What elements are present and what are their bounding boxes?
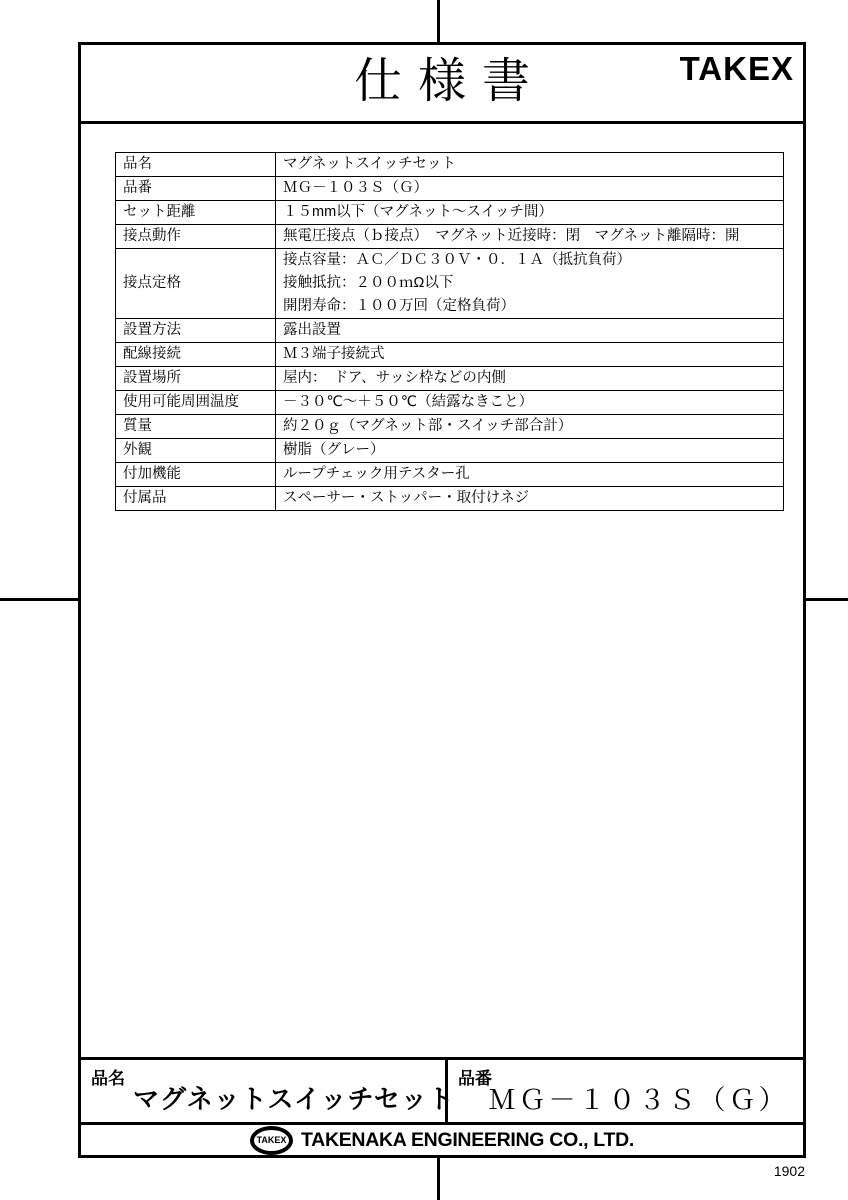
spec-row: 配線接続Ｍ３端子接続式 (116, 343, 784, 367)
spec-row: 付加機能ループチェック用テスター孔 (116, 463, 784, 487)
brand-logo-text: TAKEX (680, 50, 794, 88)
spec-label: 配線接続 (116, 343, 276, 367)
takex-oval-logo-icon: TAKEX (250, 1126, 293, 1155)
spec-table-body: 品名マグネットスイッチセット品番ＭＧ－１０３Ｓ（Ｇ）セット距離１５mm以下（マグ… (116, 153, 784, 511)
spec-label: 付属品 (116, 487, 276, 511)
spec-value: スペーサー・ストッパー・取付けネジ (276, 487, 784, 511)
spec-label: 使用可能周囲温度 (116, 391, 276, 415)
document-page: 仕様書 TAKEX 品名マグネットスイッチセット品番ＭＧ－１０３Ｓ（Ｇ）セット距… (0, 0, 848, 1200)
product-number-value: ＭＧ－１０３Ｓ（Ｇ） (448, 1078, 803, 1117)
spec-row: 質量約２０ｇ（マグネット部・スイッチ部合計） (116, 415, 784, 439)
spec-table: 品名マグネットスイッチセット品番ＭＧ－１０３Ｓ（Ｇ）セット距離１５mm以下（マグ… (115, 152, 784, 511)
spec-row: 接点動作無電圧接点（ｂ接点） マグネット近接時：閉 マグネット離隔時：開 (116, 225, 784, 249)
spec-row: 使用可能周囲温度－３０℃～＋５０℃（結露なきこと） (116, 391, 784, 415)
spec-value: ループチェック用テスター孔 (276, 463, 784, 487)
spec-value: ＭＧ－１０３Ｓ（Ｇ） (276, 177, 784, 201)
spec-value: 屋内： ドア、サッシ枠などの内側 (276, 367, 784, 391)
spec-label: 品番 (116, 177, 276, 201)
spec-label: 設置場所 (116, 367, 276, 391)
spec-value: 無電圧接点（ｂ接点） マグネット近接時：閉 マグネット離隔時：開 (276, 225, 784, 249)
company-name: TAKENAKA ENGINEERING CO., LTD. (301, 1129, 634, 1152)
spec-label: 設置方法 (116, 319, 276, 343)
sheet-header: 仕様書 TAKEX (81, 45, 803, 124)
spec-label: 付加機能 (116, 463, 276, 487)
product-number-cell: 品番 ＭＧ－１０３Ｓ（Ｇ） (448, 1060, 803, 1122)
product-id-row: 品名 マグネットスイッチセット 品番 ＭＧ－１０３Ｓ（Ｇ） (81, 1057, 803, 1122)
page-number: 1902 (774, 1163, 805, 1179)
spec-row: 付属品スペーサー・ストッパー・取付けネジ (116, 487, 784, 511)
spec-value: 樹脂（グレー） (276, 439, 784, 463)
spec-label: セット距離 (116, 201, 276, 225)
spec-label: 接点動作 (116, 225, 276, 249)
spec-label: 外観 (116, 439, 276, 463)
logo-text: TAKEX (257, 1135, 287, 1145)
spec-label: 接点定格 (116, 249, 276, 319)
product-name-cell: 品名 マグネットスイッチセット (81, 1060, 448, 1122)
spec-label: 質量 (116, 415, 276, 439)
product-name-label: 品名 (91, 1064, 125, 1089)
crop-mark-top (437, 0, 440, 45)
spec-row: 外観樹脂（グレー） (116, 439, 784, 463)
spec-row: 品番ＭＧ－１０３Ｓ（Ｇ） (116, 177, 784, 201)
spec-row: 接点定格接点容量：ＡＣ／ＤＣ３０Ｖ・０．１Ａ（抵抗負荷） 接触抵抗：２００ｍΩ以… (116, 249, 784, 319)
crop-mark-right (803, 598, 848, 601)
spec-value: 約２０ｇ（マグネット部・スイッチ部合計） (276, 415, 784, 439)
product-name-value: マグネットスイッチセット (133, 1079, 455, 1116)
spec-value: １５mm以下（マグネット～スイッチ間） (276, 201, 784, 225)
spec-label: 品名 (116, 153, 276, 177)
company-footer: TAKEX TAKENAKA ENGINEERING CO., LTD. (81, 1122, 803, 1155)
spec-value: 接点容量：ＡＣ／ＤＣ３０Ｖ・０．１Ａ（抵抗負荷） 接触抵抗：２００ｍΩ以下 開閉… (276, 249, 784, 319)
crop-mark-bottom (437, 1155, 440, 1200)
spec-value: Ｍ３端子接続式 (276, 343, 784, 367)
spec-value: マグネットスイッチセット (276, 153, 784, 177)
crop-mark-left (0, 598, 81, 601)
spec-row: 品名マグネットスイッチセット (116, 153, 784, 177)
spec-value: 露出設置 (276, 319, 784, 343)
spec-sheet: 仕様書 TAKEX 品名マグネットスイッチセット品番ＭＧ－１０３Ｓ（Ｇ）セット距… (78, 42, 806, 1158)
spec-row: 設置場所屋内： ドア、サッシ枠などの内側 (116, 367, 784, 391)
spec-row: セット距離１５mm以下（マグネット～スイッチ間） (116, 201, 784, 225)
spec-value: －３０℃～＋５０℃（結露なきこと） (276, 391, 784, 415)
spec-row: 設置方法露出設置 (116, 319, 784, 343)
